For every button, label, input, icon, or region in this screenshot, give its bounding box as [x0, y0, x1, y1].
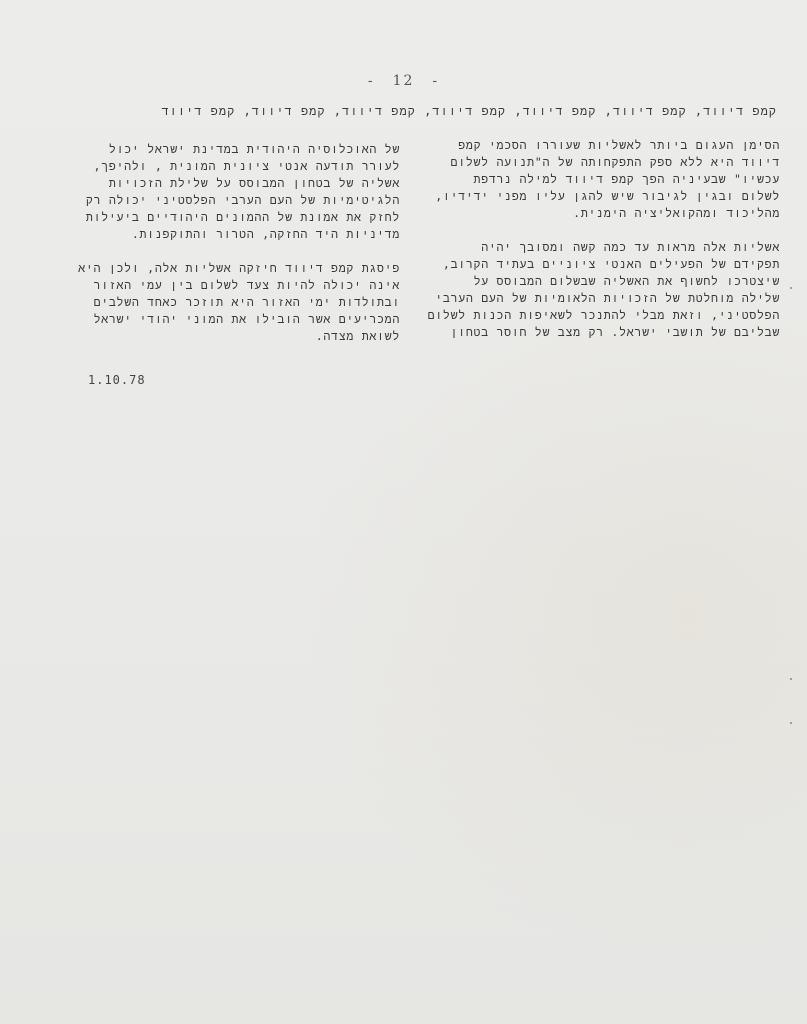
page-number-dash-right: -	[432, 73, 439, 89]
scanned-page: -12- קמפ דיווד, קמפ דיווד, קמפ דיווד, קמ…	[0, 0, 807, 1024]
scan-speck	[790, 678, 792, 680]
text-line: תפקידם של הפעילים האנטי ציוניים בעתיד הק…	[408, 256, 780, 273]
text-line: של האוכלוסיה היהודית במדינת ישראל יכול	[45, 141, 400, 158]
paragraph: פיסגת קמפ דיווד חיזקה אשליות אלה, ולכן ה…	[45, 260, 400, 345]
repeated-header-line: קמפ דיווד, קמפ דיווד, קמפ דיווד, קמפ דיו…	[47, 104, 777, 119]
text-line: הלגיטימיות של העם הערבי הפלסטיני יכולה ר…	[45, 192, 400, 209]
text-line: מהליכוד ומהקואליציה הימנית.	[408, 205, 780, 222]
text-line: לעורר תודעה אנטי ציונית המונית , ולהיפך,	[45, 158, 400, 175]
text-line: לשואת מצדה.	[45, 328, 400, 345]
text-line: פיסגת קמפ דיווד חיזקה אשליות אלה, ולכן ה…	[45, 260, 400, 277]
text-line: הפלסטיני, וזאת מבלי להתנכר לשאיפות הכנות…	[408, 307, 780, 324]
text-line: הסימן העגום ביותר לאשליות שעוררו הסכמי ק…	[408, 137, 780, 154]
text-line: שלילה מוחלטת של הזכויות הלאומיות של העם …	[408, 290, 780, 307]
text-line: לשלום ובגין לגיבור שיש להגן עליו מפני יד…	[408, 188, 780, 205]
text-line: אשליה של בטחון המבוסס על שלילת הזכויות	[45, 175, 400, 192]
scan-speck	[790, 722, 792, 724]
text-line: אינה יכולה להיות צעד לשלום בין עמי האזור	[45, 277, 400, 294]
text-line: מדיניות היד החזקה, הטרור והתוקפנות.	[45, 226, 400, 243]
paragraph: הסימן העגום ביותר לאשליות שעוררו הסכמי ק…	[408, 137, 780, 222]
right-column: הסימן העגום ביותר לאשליות שעוררו הסכמי ק…	[408, 137, 780, 358]
text-line: אשליות אלה מראות עד כמה קשה ומסובך יהיה	[408, 239, 780, 256]
text-line: המכריעים אשר הובילו את המוני יהודי ישראל	[45, 311, 400, 328]
text-line: דיווד היא ללא ספק התפקחותה של ה"תנועה לש…	[408, 154, 780, 171]
paragraph: אשליות אלה מראות עד כמה קשה ומסובך יהיה …	[408, 239, 780, 341]
page-number-dash-left: -	[368, 73, 375, 89]
page-number: -12-	[0, 73, 807, 89]
text-line: שבליבם של תושבי ישראל. רק מצב של חוסר בט…	[408, 324, 780, 341]
text-line: לחזק את אמונת של ההמונים היהודיים ביעילו…	[45, 209, 400, 226]
text-line: ובתולדות ימי האזור היא תוזכר כאחד השלבים	[45, 294, 400, 311]
page-number-value: 12	[393, 73, 415, 89]
text-line: עכשיו" שבעיניה הפך קמפ דיווד למילה נרדפת	[408, 171, 780, 188]
text-line: שיצטרכו לחשוף את האשליה שבשלום המבוסס על	[408, 273, 780, 290]
paragraph: של האוכלוסיה היהודית במדינת ישראל יכול ל…	[45, 141, 400, 243]
scan-speck	[790, 287, 792, 289]
left-column: של האוכלוסיה היהודית במדינת ישראל יכול ל…	[45, 141, 400, 362]
document-date: 1.10.78	[88, 373, 146, 387]
